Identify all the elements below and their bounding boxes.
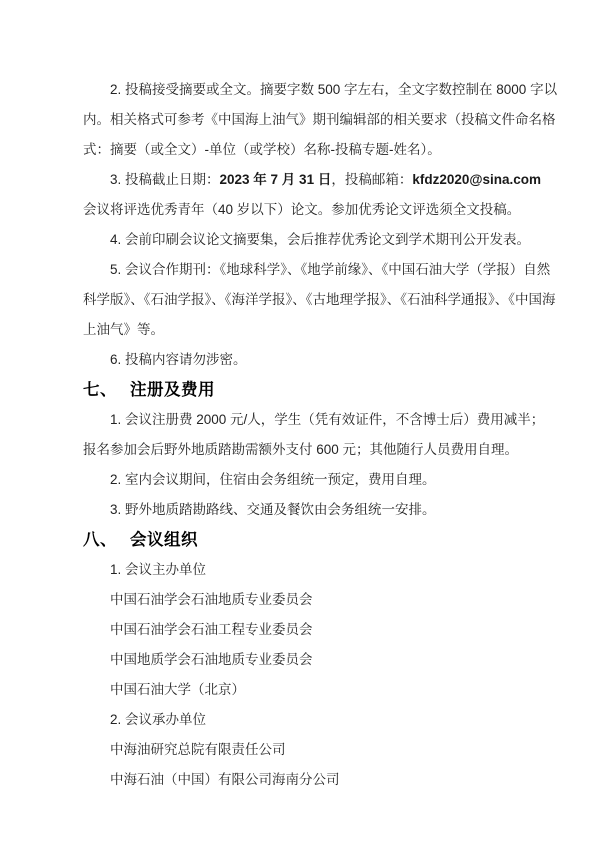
document-content: 2. 投稿接受摘要或全文。摘要字数 500 字左右，全文字数控制在 8000 字… <box>83 75 529 795</box>
paragraph-abstract-book: 4. 会前印刷会议论文摘要集，会后推荐优秀论文到学术期刊公开发表。 <box>83 225 529 255</box>
deadline-label: 3. 投稿截止日期： <box>110 172 220 187</box>
host-unit-1: 中国石油学会石油地质专业委员会 <box>83 585 529 615</box>
host-unit-3: 中国地质学会石油地质专业委员会 <box>83 645 529 675</box>
section-title: 会议组织 <box>130 531 198 549</box>
deadline-date-bold: 2023 年 7 月 31 日 <box>220 172 332 187</box>
paragraph-partner-journals-line-2: 科学版》、《石油学报》、《海洋学报》、《古地理学报》、《石油科学通报》、《中国海 <box>83 285 529 315</box>
organizer-unit-2: 中海石油（中国）有限公司海南分公司 <box>83 765 529 795</box>
paragraph-registration-fee-line-2: 报名参加会后野外地质踏勘需额外支付 600 元；其他随行人员费用自理。 <box>83 435 529 465</box>
section-conference-organization: 八、会议组织 1. 会议主办单位 中国石油学会石油地质专业委员会 中国石油学会石… <box>83 525 529 795</box>
paragraph-submission-format-line-1: 2. 投稿接受摘要或全文。摘要字数 500 字左右，全文字数控制在 8000 字… <box>83 75 529 105</box>
paragraph-partner-journals-line-1: 5. 会议合作期刊：《地球科学》、《地学前缘》、《中国石油大学（学报）自然 <box>83 255 529 285</box>
section-number: 八、 <box>83 531 117 549</box>
paragraph-partner-journals-line-3: 上油气》等。 <box>83 315 529 345</box>
paragraph-field-trip-arrangement: 3. 野外地质踏勘路线、交通及餐饮由会务组统一安排。 <box>83 495 529 525</box>
section-heading-organization: 八、会议组织 <box>83 525 529 555</box>
submission-email-bold: kfdz2020@sina.com <box>412 172 541 187</box>
paragraph-submission-deadline-line-2: 会议将评选优秀青年（40 岁以下）论文。参加优秀论文评选须全文投稿。 <box>83 195 529 225</box>
host-unit-2: 中国石油学会石油工程专业委员会 <box>83 615 529 645</box>
label-host-units: 1. 会议主办单位 <box>83 555 529 585</box>
paragraph-confidentiality: 6. 投稿内容请勿涉密。 <box>83 345 529 375</box>
paragraph-submission-format-line-3: 式：摘要（或全文）-单位（或学校）名称-投稿专题-姓名）。 <box>83 135 529 165</box>
paragraph-accommodation: 2. 室内会议期间，住宿由会务组统一预定，费用自理。 <box>83 465 529 495</box>
email-label: ，投稿邮箱： <box>331 172 412 187</box>
section-number: 七、 <box>83 381 117 399</box>
paragraph-submission-deadline-line-1: 3. 投稿截止日期：2023 年 7 月 31 日，投稿邮箱：kfdz2020@… <box>83 165 529 195</box>
organizer-unit-1: 中海油研究总院有限责任公司 <box>83 735 529 765</box>
paragraph-submission-format-line-2: 内。相关格式可参考《中国海上油气》期刊编辑部的相关要求（投稿文件命名格 <box>83 105 529 135</box>
section-heading-registration: 七、注册及费用 <box>83 375 529 405</box>
host-unit-4: 中国石油大学（北京） <box>83 675 529 705</box>
section-registration-fees: 七、注册及费用 1. 会议注册费 2000 元/人，学生（凭有效证件，不含博士后… <box>83 375 529 525</box>
section-title: 注册及费用 <box>130 381 215 399</box>
paragraph-registration-fee-line-1: 1. 会议注册费 2000 元/人，学生（凭有效证件，不含博士后）费用减半； <box>83 405 529 435</box>
label-organizer-units: 2. 会议承办单位 <box>83 705 529 735</box>
document-page: 2. 投稿接受摘要或全文。摘要字数 500 字左右，全文字数控制在 8000 字… <box>0 0 610 859</box>
section-submission-notes: 2. 投稿接受摘要或全文。摘要字数 500 字左右，全文字数控制在 8000 字… <box>83 75 529 375</box>
